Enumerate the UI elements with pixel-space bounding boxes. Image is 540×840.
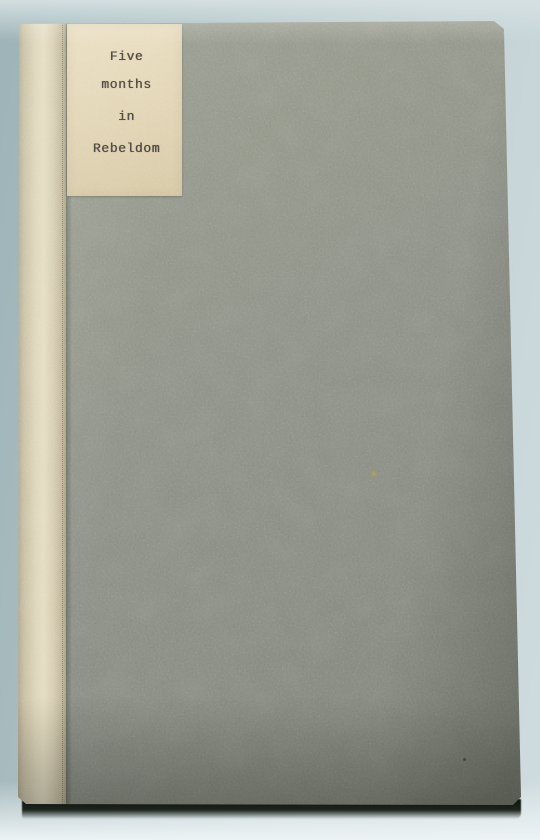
title-line-1: Five [71,50,182,64]
book-front-cover: Five months in Rebeldom [17,20,521,806]
cover-stain-spot [370,469,378,478]
title-line-4: Rebeldom [71,142,182,156]
title-line-2: months [71,78,182,92]
table-surface: Five months in Rebeldom [0,0,540,840]
book-spine-cloth [17,20,66,806]
spine-stitch-seam [62,20,63,806]
title-label: Five months in Rebeldom [67,24,182,196]
cover-dark-speck [463,758,466,761]
title-line-3: in [71,110,182,124]
